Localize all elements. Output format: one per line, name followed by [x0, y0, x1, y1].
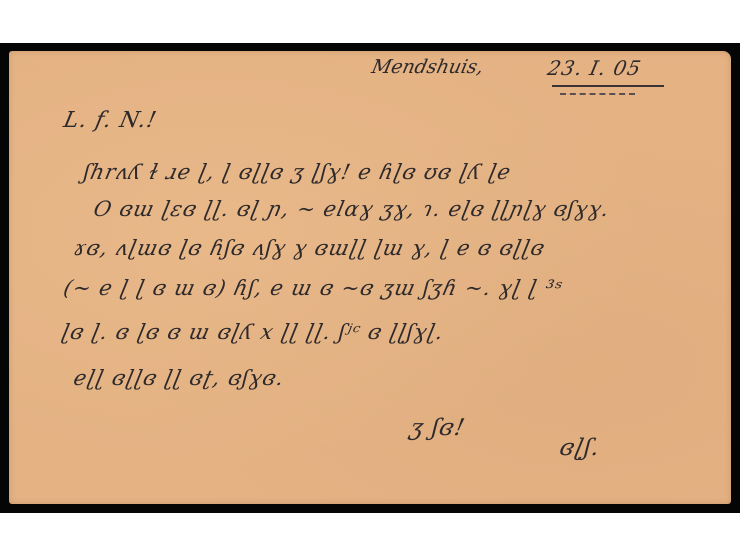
- closing: ʒ ʃɞ!: [407, 415, 467, 441]
- salutation: L. f. N.!: [61, 108, 159, 133]
- place-header: Mendshuis,: [370, 56, 486, 78]
- body-line-4: (~ e ɭ ɭ ɞ ɯ ɞ) ɦʃ, e ɯ ɞ ~ɞ ʒɯ ʃʒɦ ~. ɣ…: [61, 276, 565, 300]
- date-header: 23. I. 05: [545, 56, 643, 80]
- body-line-5: ɭɞ ɭ. ɞ ɭɞ ɞ ɯ ɞɭʎ x ɭɭ ɭɭ. ʃʲᶜ ɞ ɭɭʃɣɭ.: [59, 320, 446, 344]
- body-line-2: O ɞɯ ɭɛɞ ɭɭ. ɞɭ ɲ, ~ elɑɣ ʒɣ, ɿ. eɭɞ ɭɭɲ…: [91, 197, 612, 221]
- signature: ɞɭʃ.: [557, 435, 603, 461]
- date-dashed-underline: [560, 93, 635, 95]
- body-line-1: ʃhrʌʎ ɫ ɹe ɭ, ɭ ɞɭɭɞ ʒ ɭʃɣ! e ɦɭɞ ʊɞ ɭʎ …: [81, 160, 513, 184]
- body-line-3: ɤɞ, ʌɭɯɞ ɭɞ ɦʃɞ ʌʃɣ ɣ ɞɯɭɭ ɭɯ ɣ, ɭ e ɞ ɞ…: [71, 236, 547, 260]
- date-underline: [552, 85, 664, 87]
- body-line-6: eɭɭ ɞɭɭɞ ɭɭ ɞʈ, ɞʃɣɞ.: [71, 366, 286, 390]
